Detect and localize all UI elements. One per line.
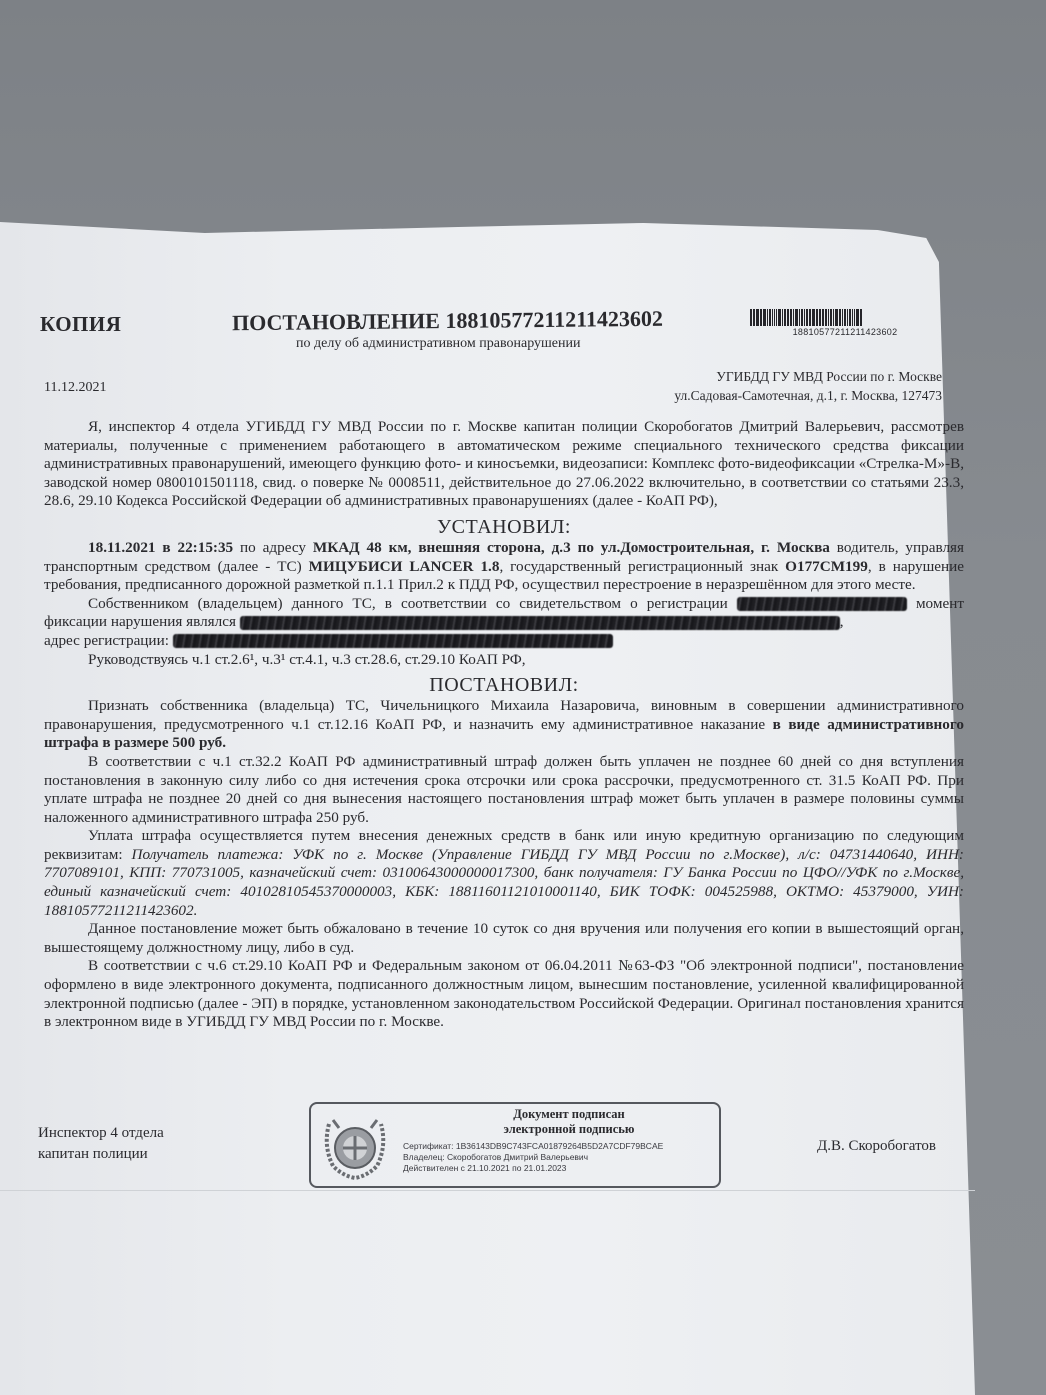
barcode-bars-icon xyxy=(750,309,940,326)
signer-position: Инспектор 4 отдела капитан полиции xyxy=(38,1123,164,1165)
copy-label: КОПИЯ xyxy=(40,312,121,337)
redacted-owner-name xyxy=(240,616,840,630)
organization-name: УГИБДД ГУ МВД России по г. Москве xyxy=(674,367,942,386)
payment-deadline-paragraph: В соответствии с ч.1 ст.32.2 КоАП РФ адм… xyxy=(44,753,964,827)
redacted-registration-number xyxy=(737,597,907,611)
paper-fold-line xyxy=(0,1190,975,1191)
guided-by-paragraph: Руководствуясь ч.1 ст.2.6¹, ч.3¹ ст.4.1,… xyxy=(44,651,964,670)
certificate-details: Сертификат: 1B36143DB9C743FCA01879264B5D… xyxy=(403,1141,663,1174)
barcode: 18810577211211423602 xyxy=(750,309,940,337)
license-plate: О177СМ199 xyxy=(785,558,868,575)
issuing-organization: УГИБДД ГУ МВД России по г. Москве ул.Сад… xyxy=(674,367,942,405)
document-subtitle: по делу об административном правонарушен… xyxy=(296,336,580,352)
bank-requisites: Получатель платежа: УФК по г. Москве (Уп… xyxy=(44,846,964,919)
violation-datetime: 18.11.2021 в 22:15:35 xyxy=(88,539,233,556)
vehicle-model: МИЦУБИСИ LANCER 1.8 xyxy=(309,558,500,575)
organization-address: ул.Садовая-Самотечная, д.1, г. Москва, 1… xyxy=(674,386,942,405)
traffic-police-emblem-icon xyxy=(319,1110,391,1182)
intro-paragraph: Я, инспектор 4 отдела УГИБДД ГУ МВД Росс… xyxy=(44,418,964,511)
redacted-registration-address xyxy=(173,634,613,648)
certificate-owner: Владелец: Скоробогатов Дмитрий Валерьеви… xyxy=(403,1152,663,1163)
electronic-signature-stamp: Документ подписан электронной подписью С… xyxy=(309,1102,721,1188)
appeal-paragraph: Данное постановление может быть обжалова… xyxy=(44,920,964,957)
certificate-id: Сертификат: 1B36143DB9C743FCA01879264B5D… xyxy=(403,1141,663,1152)
document-date: 11.12.2021 xyxy=(44,380,106,396)
violation-address: МКАД 48 км, внешняя сторона, д.3 по ул.Д… xyxy=(313,539,830,556)
signer-name: Д.В. Скоробогатов xyxy=(817,1138,936,1155)
owner-paragraph: Собственником (владельцем) данного ТС, в… xyxy=(44,595,964,632)
document-title: ПОСТАНОВЛЕНИЕ 18810577211211423602 xyxy=(232,306,663,337)
established-heading: УСТАНОВИЛ: xyxy=(44,515,964,539)
electronic-signature-paragraph: В соответствии с ч.6 ст.29.10 КоАП РФ и … xyxy=(44,957,964,1031)
certificate-validity: Действителен с 21.10.2021 по 21.01.2023 xyxy=(403,1163,663,1174)
established-paragraph: 18.11.2021 в 22:15:35 по адресу МКАД 48 … xyxy=(44,539,964,595)
document-body: Я, инспектор 4 отдела УГИБДД ГУ МВД Росс… xyxy=(44,418,964,1032)
registration-address-line: адрес регистрации: xyxy=(44,632,964,651)
barcode-number: 18810577211211423602 xyxy=(750,327,940,337)
resolved-heading: ПОСТАНОВИЛ: xyxy=(44,673,964,697)
resolution-paragraph: Признать собственника (владельца) ТС, Чи… xyxy=(44,697,964,753)
payment-details-paragraph: Уплата штрафа осуществляется путем внесе… xyxy=(44,827,964,920)
stamp-title: Документ подписан электронной подписью xyxy=(419,1107,719,1137)
